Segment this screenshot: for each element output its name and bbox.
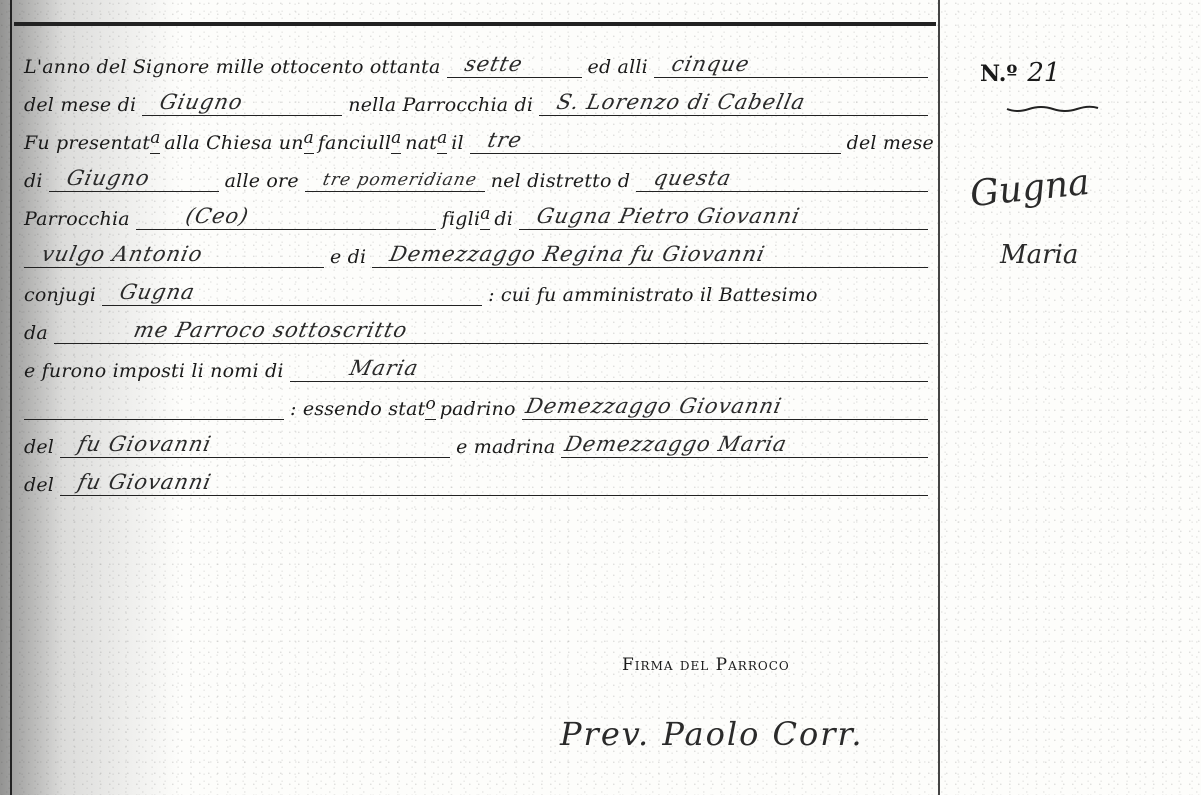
form-line-5: Parrocchia (Ceo) figli a di Gugna Pietro…	[24, 198, 934, 236]
margin-given-name: Maria	[1000, 240, 1078, 270]
printed-text: di	[494, 208, 513, 236]
handwritten-godfather-father: fu Giovanni	[57, 432, 214, 457]
printed-text: del	[24, 436, 54, 464]
printed-text: figli	[442, 208, 480, 236]
top-border-rule	[14, 22, 936, 26]
godfather-father-field: fu Giovanni	[60, 427, 450, 458]
handwritten-day: cinque	[651, 52, 752, 77]
margin-surname: Gugna	[968, 162, 1091, 215]
printed-text: del mese di	[24, 94, 136, 122]
officiant-field: me Parroco sottoscritto	[54, 313, 928, 344]
form-line-11: del fu Giovanni e madrina Demezzaggo Mar…	[24, 426, 934, 464]
form-line-10: : essendo stat o padrino Demezzaggo Giov…	[24, 388, 934, 426]
father-continued-field: vulgo Antonio	[24, 237, 324, 268]
printed-text: fanciull	[318, 132, 391, 160]
printed-text: conjugi	[24, 284, 96, 312]
godmother-father-field: fu Giovanni	[60, 465, 928, 496]
printed-text: nel distretto d	[491, 170, 630, 198]
printed-text: e di	[330, 246, 366, 274]
handwritten-district: questa	[634, 166, 734, 191]
handwritten-birth-month: Giugno	[46, 166, 152, 191]
printed-text: Parrocchia	[24, 208, 130, 236]
handwritten-suffix: a	[391, 128, 401, 154]
godfather-field: Demezzaggo Giovanni	[522, 389, 928, 420]
printed-text: Fu presentat	[24, 132, 150, 160]
form-line-2: del mese di Giugno nella Parrocchia di S…	[24, 84, 934, 122]
form-line-7: conjugi Gugna : cui fu amministrato il B…	[24, 274, 934, 312]
form-line-1: L'anno del Signore mille ottocento ottan…	[24, 46, 934, 84]
printed-text: nella Parrocchia di	[348, 94, 533, 122]
printed-text: nat	[405, 132, 437, 160]
handwritten-locality: (Ceo)	[133, 204, 251, 229]
printed-text: : cui fu amministrato il Battesimo	[488, 284, 818, 312]
printed-text: il	[451, 132, 464, 160]
handwritten-father-alias: vulgo Antonio	[21, 242, 205, 267]
handwritten-suffix: a	[480, 204, 490, 230]
printed-text: del	[24, 474, 54, 502]
record-number-label: N.º	[980, 61, 1017, 87]
form-line-3: Fu presentat a alla Chiesa un a fanciull…	[24, 122, 934, 160]
record-number-value: 21	[1027, 58, 1060, 88]
birth-day-field: tre	[470, 123, 841, 154]
mother-field: Demezzaggo Regina fu Giovanni	[372, 237, 928, 268]
handwritten-parish: S. Lorenzo di Cabella	[536, 90, 808, 115]
printed-text: alle ore	[225, 170, 299, 198]
printed-text: ed alli	[588, 56, 648, 84]
spouses-field: Gugna	[102, 275, 482, 306]
right-border-rule	[938, 0, 940, 795]
handwritten-birth-day: tre	[467, 128, 524, 153]
record-number: N.º21	[980, 58, 1060, 88]
handwritten-hour: tre pomeridiane	[303, 170, 479, 191]
printed-text: padrino	[440, 398, 516, 426]
handwritten-father: Gugna Pietro Giovanni	[516, 204, 802, 229]
printed-text: : essendo stat	[290, 398, 425, 426]
handwritten-suffix: o	[425, 394, 435, 420]
locality-field: (Ceo)	[136, 199, 436, 230]
handwritten-godmother: Demezzaggo Maria	[559, 432, 790, 457]
baptism-record-form: L'anno del Signore mille ottocento ottan…	[24, 46, 934, 502]
names-continued-field	[24, 389, 284, 420]
printed-text: e madrina	[456, 436, 555, 464]
priest-signature: Prev. Paolo Corr.	[560, 715, 864, 753]
handwritten-suffix: a	[150, 128, 160, 154]
printed-text: L'anno del Signore mille ottocento ottan…	[24, 56, 441, 84]
handwritten-godfather: Demezzaggo Giovanni	[519, 394, 784, 419]
year-field: sette	[447, 47, 582, 78]
printed-text: di	[24, 170, 43, 198]
day-field: cinque	[654, 47, 928, 78]
handwritten-given-names: Maria	[287, 356, 421, 381]
handwritten-suffix: a	[437, 128, 447, 154]
handwritten-officiant: me Parroco sottoscritto	[51, 318, 410, 343]
father-field: Gugna Pietro Giovanni	[519, 199, 928, 230]
signature-label: Firma del Parroco	[622, 655, 790, 675]
birth-month-field: Giugno	[49, 161, 219, 192]
parish-field: S. Lorenzo di Cabella	[539, 85, 928, 116]
printed-text: alla Chiesa un	[164, 132, 303, 160]
names-field: Maria	[290, 351, 928, 382]
hour-field: tre pomeridiane	[305, 161, 485, 192]
form-line-4: di Giugno alle ore tre pomeridiane nel d…	[24, 160, 934, 198]
printed-text: del mese	[847, 132, 934, 160]
handwritten-mother: Demezzaggo Regina fu Giovanni	[370, 242, 768, 267]
printed-text: e furono imposti li nomi di	[24, 360, 284, 388]
handwritten-year: sette	[444, 52, 525, 77]
godmother-field: Demezzaggo Maria	[561, 427, 928, 458]
form-line-12: del fu Giovanni	[24, 464, 934, 502]
form-line-9: e furono imposti li nomi di Maria	[24, 350, 934, 388]
form-line-8: da me Parroco sottoscritto	[24, 312, 934, 350]
handwritten-suffix: a	[304, 128, 314, 154]
month-field: Giugno	[142, 85, 342, 116]
form-line-6: vulgo Antonio e di Demezzaggo Regina fu …	[24, 236, 934, 274]
squiggle-underline-icon	[1005, 104, 1100, 114]
left-border-rule	[10, 0, 12, 795]
printed-text: da	[24, 322, 48, 350]
handwritten-month: Giugno	[140, 90, 246, 115]
handwritten-spouses: Gugna	[99, 280, 197, 305]
handwritten-godmother-father: fu Giovanni	[57, 470, 214, 495]
district-field: questa	[636, 161, 928, 192]
